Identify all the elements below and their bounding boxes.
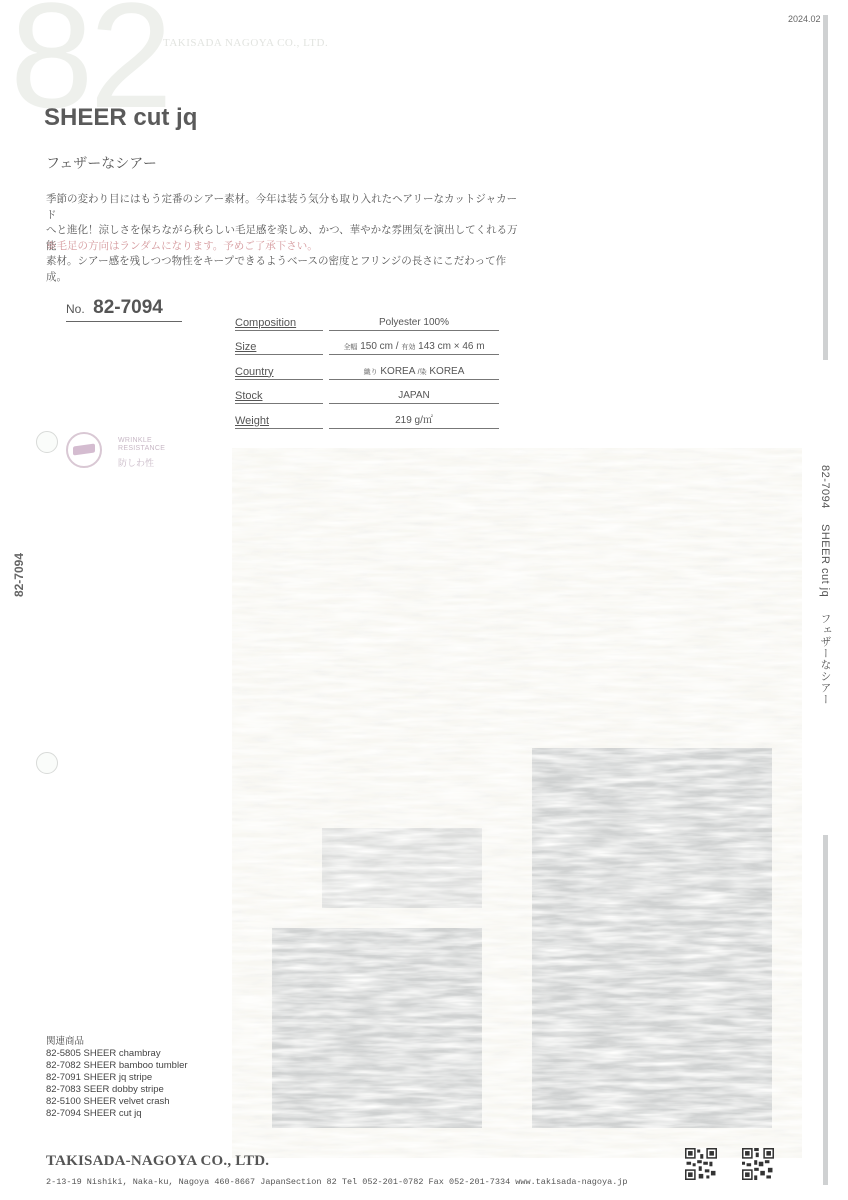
- spec-row-weight: Weight 219 g/㎡: [235, 404, 499, 429]
- qr-code-icon: [685, 1148, 717, 1180]
- product-number-label: No.: [66, 302, 85, 316]
- related-item: 82-7083 SEER dobby stripe: [46, 1084, 188, 1096]
- qr-code-icon: [742, 1148, 774, 1180]
- footer-company: TAKISADA-NAGOYA CO., LTD.: [46, 1153, 269, 1170]
- binder-hole-bottom: [36, 752, 58, 774]
- related-products: 関連商品 82-5805 SHEER chambray 82-7082 SHEE…: [46, 1036, 188, 1120]
- company-watermark: TAKISADA NAGOYA CO., LTD.: [163, 37, 328, 49]
- product-note: ※毛足の方向はランダムになります。予めご了承下さい。: [46, 238, 318, 253]
- spec-row-country: Country 織り KOREA /染 KOREA: [235, 355, 499, 380]
- wrinkle-resistance-jp: 防しわ性: [118, 456, 154, 469]
- side-number-left: 82-7094: [12, 553, 26, 597]
- issue-date: 2024.02: [788, 14, 821, 24]
- footer-address: 2-13-19 Nishiki, Naka-ku, Nagoya 460-866…: [46, 1177, 628, 1187]
- spec-table: Composition Polyester 100% Size 全幅 150 c…: [235, 306, 499, 429]
- binder-hole-top: [36, 431, 58, 453]
- related-item: 82-7091 SHEER jq stripe: [46, 1072, 188, 1084]
- product-subtitle: フェザーなシアー: [46, 153, 157, 173]
- edge-bar-top: [823, 15, 828, 360]
- side-label-right: 82-7094 SHEER cut jq フェザーなシアー: [817, 465, 833, 717]
- fabric-swatch-image: [232, 438, 802, 1158]
- edge-bar-bottom: [823, 835, 828, 1185]
- product-number: No. 82-7094: [66, 297, 182, 322]
- wrinkle-resistance-icon: [66, 432, 102, 468]
- related-item: 82-7094 SHEER cut jq: [46, 1108, 188, 1120]
- spec-row-composition: Composition Polyester 100%: [235, 306, 499, 331]
- related-item: 82-7082 SHEER bamboo tumbler: [46, 1060, 188, 1072]
- wrinkle-resistance-label: WRINKLE RESISTANCE: [118, 437, 165, 453]
- product-title: SHEER cut jq: [44, 104, 197, 132]
- product-number-value: 82-7094: [93, 297, 163, 318]
- spec-row-size: Size 全幅 150 cm / 有効 143 cm × 46 m: [235, 331, 499, 356]
- related-item: 82-5100 SHEER velvet crash: [46, 1096, 188, 1108]
- related-heading: 関連商品: [46, 1036, 188, 1048]
- spec-row-stock: Stock JAPAN: [235, 380, 499, 405]
- related-item: 82-5805 SHEER chambray: [46, 1048, 188, 1060]
